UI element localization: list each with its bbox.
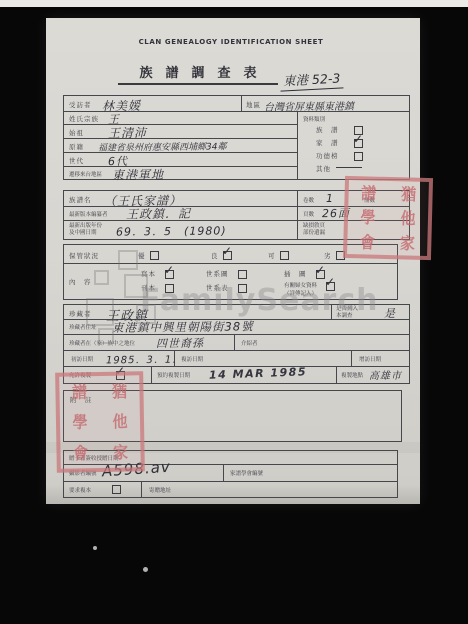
keep-option-label: 良 (211, 251, 219, 260)
content-checkbox-lineage-chart (238, 270, 247, 279)
copy-place-value: 高雄市 (369, 367, 402, 382)
content-checkbox-manuscript (165, 270, 174, 279)
origin-label: 原籍 (69, 142, 84, 151)
seal-character: 猶 (112, 379, 127, 402)
content-option-label: 插 圖 (284, 269, 307, 278)
seal-character: 猶 (401, 182, 417, 205)
keep-checkbox-good (223, 251, 232, 260)
film-edge-strip (0, 0, 468, 7)
interviewee-label: 受訪者 (69, 100, 92, 109)
introducer-label: 介紹者 (241, 339, 258, 347)
seal-character: 會 (73, 441, 88, 464)
seal-character: 學 (360, 206, 376, 229)
watermark-logo-square (118, 250, 138, 270)
seal-character: 他 (400, 207, 416, 230)
seal-character: 學 (72, 411, 87, 434)
keeper-address-value: 東港鎮中興里朝陽街38號 (112, 318, 254, 335)
page-number-note: 東港 52-3 (280, 68, 344, 91)
category-other-line (336, 159, 362, 168)
pubdate-label: 最新出版年份 及中國日期 (69, 223, 102, 237)
keep-option-label: 優 (138, 251, 146, 260)
watermark-logo-square (124, 274, 148, 298)
revisit-label: 複訪日期 (181, 355, 203, 363)
content-option-label: 世系圖 (206, 269, 229, 278)
watermark-logo-square (136, 304, 156, 324)
page-title-zh: 族 譜 調 查 表 (118, 62, 278, 85)
divider (297, 191, 298, 239)
microfilm-frame: CLAN GENEALOGY IDENTIFICATION SHEET 族 譜 … (0, 0, 468, 624)
volumes-label: 卷數 (303, 196, 314, 204)
origin-value: 福建省泉州府惠安縣西埔鄉34鄰 (98, 139, 227, 153)
copy-date-label: 預約複製日期 (157, 371, 190, 379)
keep-checkbox-excellent (150, 251, 159, 260)
seal-character: 他 (112, 410, 127, 433)
content-label: 內 容 (69, 277, 92, 286)
damage-label-line1: 缺損敘頁 (303, 223, 325, 229)
seal-character: 家 (113, 441, 128, 464)
divider (297, 111, 298, 179)
keep-checkbox-fair (280, 251, 289, 260)
respondent-table: 受訪者 林美媛 地區 台灣省屏東縣東港鎮 姓氏宗族 王 始祖 王清沛 原籍 福建… (63, 95, 410, 180)
watermark-logo-square (94, 270, 109, 285)
mail-address-label: 寄贈地址 (149, 486, 171, 494)
divider (64, 481, 397, 482)
film-speck (143, 567, 148, 572)
society-no-label: 家譜學會編號 (230, 469, 263, 477)
category-checkbox-jiapu (354, 139, 363, 148)
genealogy-name-label: 族譜名 (69, 195, 92, 204)
clan-label: 姓氏宗族 (69, 114, 99, 123)
seal-character: 會 (360, 230, 376, 253)
divider (336, 366, 337, 383)
keep-option-label: 可 (268, 251, 276, 260)
keep-label: 保管狀況 (69, 251, 99, 260)
divider (64, 263, 397, 264)
copy-place-label: 複製地點 (341, 371, 363, 379)
seal-character: 譜 (72, 380, 87, 403)
copy-date-stamp: 14 MAR 1985 (209, 365, 307, 381)
generations-label: 世代 (69, 156, 84, 165)
damage-label-line2: 部份遺漏 (303, 230, 325, 236)
pages-label: 頁數 (303, 210, 314, 218)
category-option-label: 族 譜 (316, 125, 339, 134)
keeper-listed-value: 是 (384, 305, 396, 321)
copy-request-label: 要求複本 (69, 486, 91, 494)
divider (151, 366, 152, 383)
content-checkbox-illustrations (316, 270, 325, 279)
seal-character: 譜 (361, 181, 377, 204)
watermark-logo-square (98, 328, 114, 344)
compiler-label: 最新版本編纂者 (69, 210, 108, 218)
pubdate-value: 69．3．5 (1980) (116, 222, 227, 239)
copy-request-checkbox (112, 485, 121, 494)
divider (223, 464, 224, 481)
red-seal-stamp-right: 猶 他 家 譜 學 會 (343, 176, 433, 260)
migration-label: 遷移來台地區 (69, 170, 102, 178)
ancestor-label: 始祖 (69, 128, 84, 137)
keep-option-label: 劣 (324, 251, 332, 260)
familysearch-watermark: FamilySearch (140, 283, 379, 318)
film-speck (93, 546, 97, 550)
category-option-label: 家 譜 (316, 138, 339, 147)
divider (141, 481, 142, 497)
seal-character: 家 (400, 231, 416, 254)
ancestor-value: 王清沛 (108, 124, 147, 141)
keeper-position-value: 四世裔孫 (156, 335, 204, 352)
pubdate-label-line1: 最新出版年份 (69, 223, 102, 229)
area-label: 地區 (246, 100, 261, 109)
page-title-en: CLAN GENEALOGY IDENTIFICATION SHEET (106, 38, 356, 46)
volumes-value: 1 (326, 192, 334, 205)
area-value: 台灣省屏東縣東港鎮 (264, 98, 354, 114)
category-option-label: 其他 (316, 164, 331, 173)
added-visit-label: 增訪日期 (359, 355, 381, 363)
category-label: 資料類別 (303, 115, 325, 123)
divider (64, 166, 297, 167)
red-seal-stamp-left: 猶 他 家 譜 學 會 (55, 371, 145, 473)
migration-value: 東港軍地 (112, 166, 164, 184)
divider (351, 350, 352, 366)
divider (241, 96, 242, 111)
compiler-value: 王政鎮．記 (126, 205, 191, 223)
damage-label: 缺損敘頁 部份遺漏 (303, 223, 325, 237)
divider (64, 124, 297, 125)
pubdate-label-line2: 及中國日期 (69, 230, 97, 236)
watermark-logo-square (86, 298, 114, 326)
divider (234, 334, 235, 350)
first-visit-label: 初訪日期 (71, 355, 93, 363)
